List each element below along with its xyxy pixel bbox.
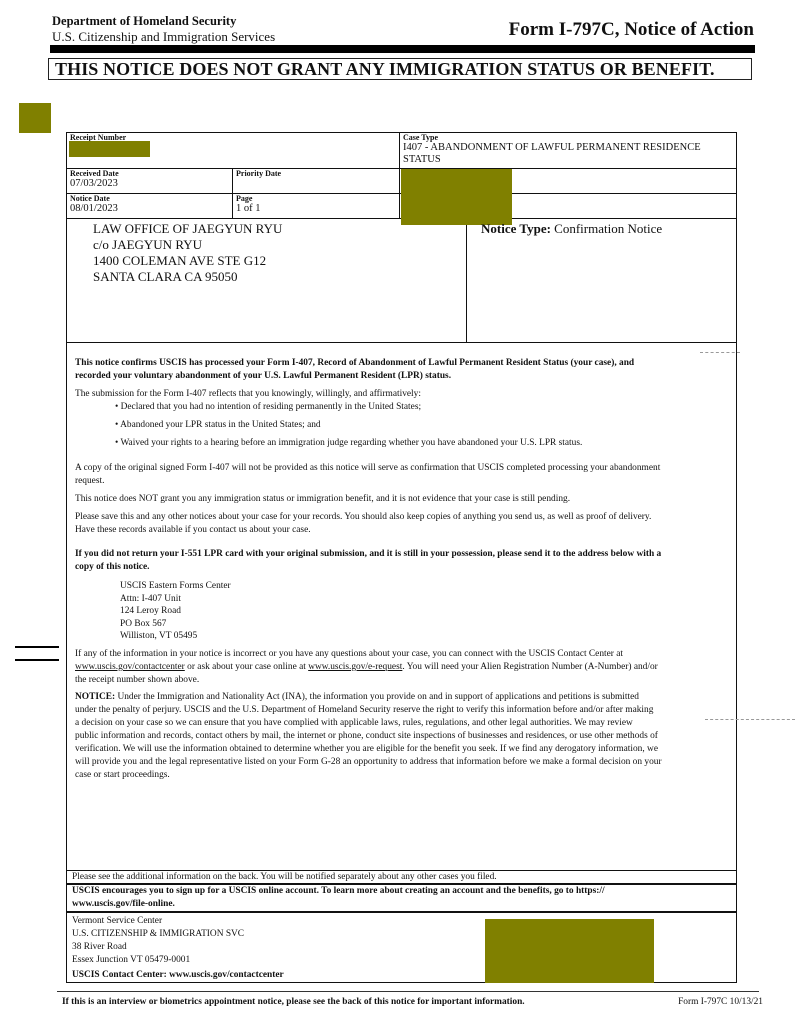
bullet-item: • Declared that you had no intention of … (115, 402, 421, 412)
status-disclaimer-banner: THIS NOTICE DOES NOT GRANT ANY IMMIGRATI… (48, 58, 752, 80)
service-center-line: 38 River Road (72, 941, 244, 954)
notice-line: will provide you and the legal represent… (75, 756, 730, 769)
notice-type: Notice Type: Confirmation Notice (481, 221, 662, 237)
page-label: Page (236, 194, 252, 203)
return-address: USCIS Eastern Forms Center Attn: I-407 U… (120, 580, 231, 643)
return-address-line: PO Box 567 (120, 618, 231, 631)
contact-paragraph-links: www.uscis.gov/contactcenter or ask about… (75, 661, 730, 674)
contact-center-link[interactable]: www.uscis.gov/contactcenter (75, 662, 185, 672)
copy-paragraph-cont: request. (75, 475, 730, 488)
online-account-text: USCIS encourages you to sign up for a US… (72, 885, 605, 898)
appointment-note: If this is an interview or biometrics ap… (62, 997, 525, 1007)
service-center-line: Vermont Service Center (72, 915, 244, 928)
notice-date-value: 08/01/2023 (70, 203, 118, 214)
scan-artifact (700, 352, 740, 353)
addressee-line: LAW OFFICE OF JAEGYUN RYU (93, 221, 282, 237)
received-date-value: 07/03/2023 (70, 178, 118, 189)
notice-text: Under the Immigration and Nationality Ac… (115, 692, 639, 702)
notice-line: verification. We will use the informatio… (75, 743, 730, 756)
bullet-item: • Abandoned your LPR status in the Unite… (115, 420, 321, 430)
notice-paragraph: NOTICE: Under the Immigration and Nation… (75, 691, 730, 704)
e-request-link[interactable]: www.uscis.gov/e-request (308, 662, 402, 672)
form-edition: Form I-797C 10/13/21 (678, 997, 763, 1007)
case-type-value-cont: STATUS (403, 154, 441, 165)
addressee-block: LAW OFFICE OF JAEGYUN RYU c/o JAEGYUN RY… (93, 221, 282, 285)
department-name: Department of Homeland Security (52, 14, 236, 29)
contact-paragraph-cont: the receipt number shown above. (75, 674, 730, 687)
save-paragraph: Please save this and any other notices a… (75, 511, 730, 524)
grid-line (399, 132, 400, 218)
return-address-line: Attn: I-407 Unit (120, 593, 231, 606)
grid-line (466, 218, 467, 342)
copy-paragraph: A copy of the original signed Form I-407… (75, 462, 730, 475)
return-address-line: 124 Leroy Road (120, 605, 231, 618)
addressee-line: 1400 COLEMAN AVE STE G12 (93, 253, 282, 269)
contact-tail-text: . You will need your Alien Registration … (402, 662, 657, 672)
redaction-block (19, 103, 51, 133)
notice-type-label: Notice Type: (481, 221, 551, 236)
return-address-line: Williston, VT 05495 (120, 630, 231, 643)
case-type-value: I407 - ABANDONMENT OF LAWFUL PERMANENT R… (403, 142, 701, 153)
agency-name: U.S. Citizenship and Immigration Service… (52, 29, 275, 45)
priority-date-label: Priority Date (236, 169, 281, 178)
barcode-redacted (485, 919, 654, 983)
service-center-line: Essex Junction VT 05479-0001 (72, 954, 244, 967)
notice-label: NOTICE: (75, 692, 115, 702)
form-title: Form I-797C, Notice of Action (509, 19, 754, 41)
contact-paragraph: If any of the information in your notice… (75, 648, 730, 661)
notice-type-value: Confirmation Notice (554, 221, 662, 236)
intro-line: recorded your voluntary abandonment of y… (75, 370, 730, 383)
case-type-label: Case Type (403, 133, 438, 142)
submission-lead: The submission for the Form I-407 reflec… (75, 388, 730, 401)
notice-line: public information and records, contact … (75, 730, 730, 743)
intro-line: This notice confirms USCIS has processed… (75, 357, 730, 370)
notice-date-label: Notice Date (70, 194, 110, 203)
receipt-number-redacted (69, 141, 150, 157)
grid-line (66, 342, 737, 343)
header-divider (50, 45, 755, 53)
footer-rule (57, 991, 759, 992)
page-value: 1 of 1 (236, 203, 261, 214)
contact-center-text: USCIS Contact Center: www.uscis.gov/cont… (72, 969, 284, 982)
addressee-line: c/o JAEGYUN RYU (93, 237, 282, 253)
notice-line: under the penalty of perjury. USCIS and … (75, 704, 730, 717)
notice-line: case or start proceedings. (75, 769, 730, 782)
beneficiary-redacted (401, 169, 512, 225)
not-grant-paragraph: This notice does NOT grant you any immig… (75, 493, 730, 506)
service-center-address: Vermont Service Center U.S. CITIZENSHIP … (72, 915, 244, 967)
fold-mark (15, 646, 59, 648)
grid-line (66, 911, 737, 913)
fold-mark (15, 659, 59, 661)
return-address-line: USCIS Eastern Forms Center (120, 580, 231, 593)
grid-line (232, 168, 233, 218)
contact-mid-text: or ask about your case online at (185, 662, 308, 672)
save-paragraph-cont: Have these records available if you cont… (75, 524, 730, 537)
bullet-item: • Waived your rights to a hearing before… (115, 438, 582, 448)
notice-line: a decision on your case so we can ensure… (75, 717, 730, 730)
i551-paragraph: If you did not return your I-551 LPR car… (75, 548, 730, 561)
i551-paragraph-cont: copy of this notice. (75, 561, 730, 574)
service-center-line: U.S. CITIZENSHIP & IMMIGRATION SVC (72, 928, 244, 941)
received-date-label: Received Date (70, 169, 119, 178)
addressee-line: SANTA CLARA CA 95050 (93, 269, 282, 285)
online-account-link[interactable]: www.uscis.gov/file-online. (72, 898, 175, 911)
scan-artifact (705, 719, 795, 720)
